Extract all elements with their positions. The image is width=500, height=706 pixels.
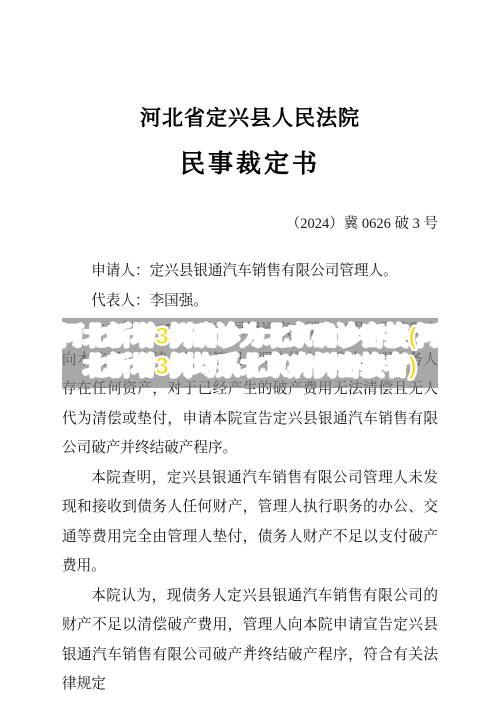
- headline-overlay-text: 河北新增3例确诊为北京确诊密接(河北新增3例均系北京病例密接者): [56, 322, 444, 382]
- page-number: 1: [62, 641, 438, 656]
- document-paragraph: 代表人：李国强。: [62, 287, 438, 317]
- case-number: （2024）冀 0626 破 3 号: [62, 212, 438, 233]
- document-type-title: 民事裁定书: [62, 144, 438, 180]
- document-paragraph: 申请人：定兴县银通汽车销售有限公司管理人。: [62, 257, 438, 287]
- document-paragraph: 本院查明，定兴县银通汽车销售有限公司管理人未发现和接收到债务人任何财产，管理人执…: [62, 464, 438, 582]
- court-title: 河北省定兴县人民法院: [62, 0, 438, 132]
